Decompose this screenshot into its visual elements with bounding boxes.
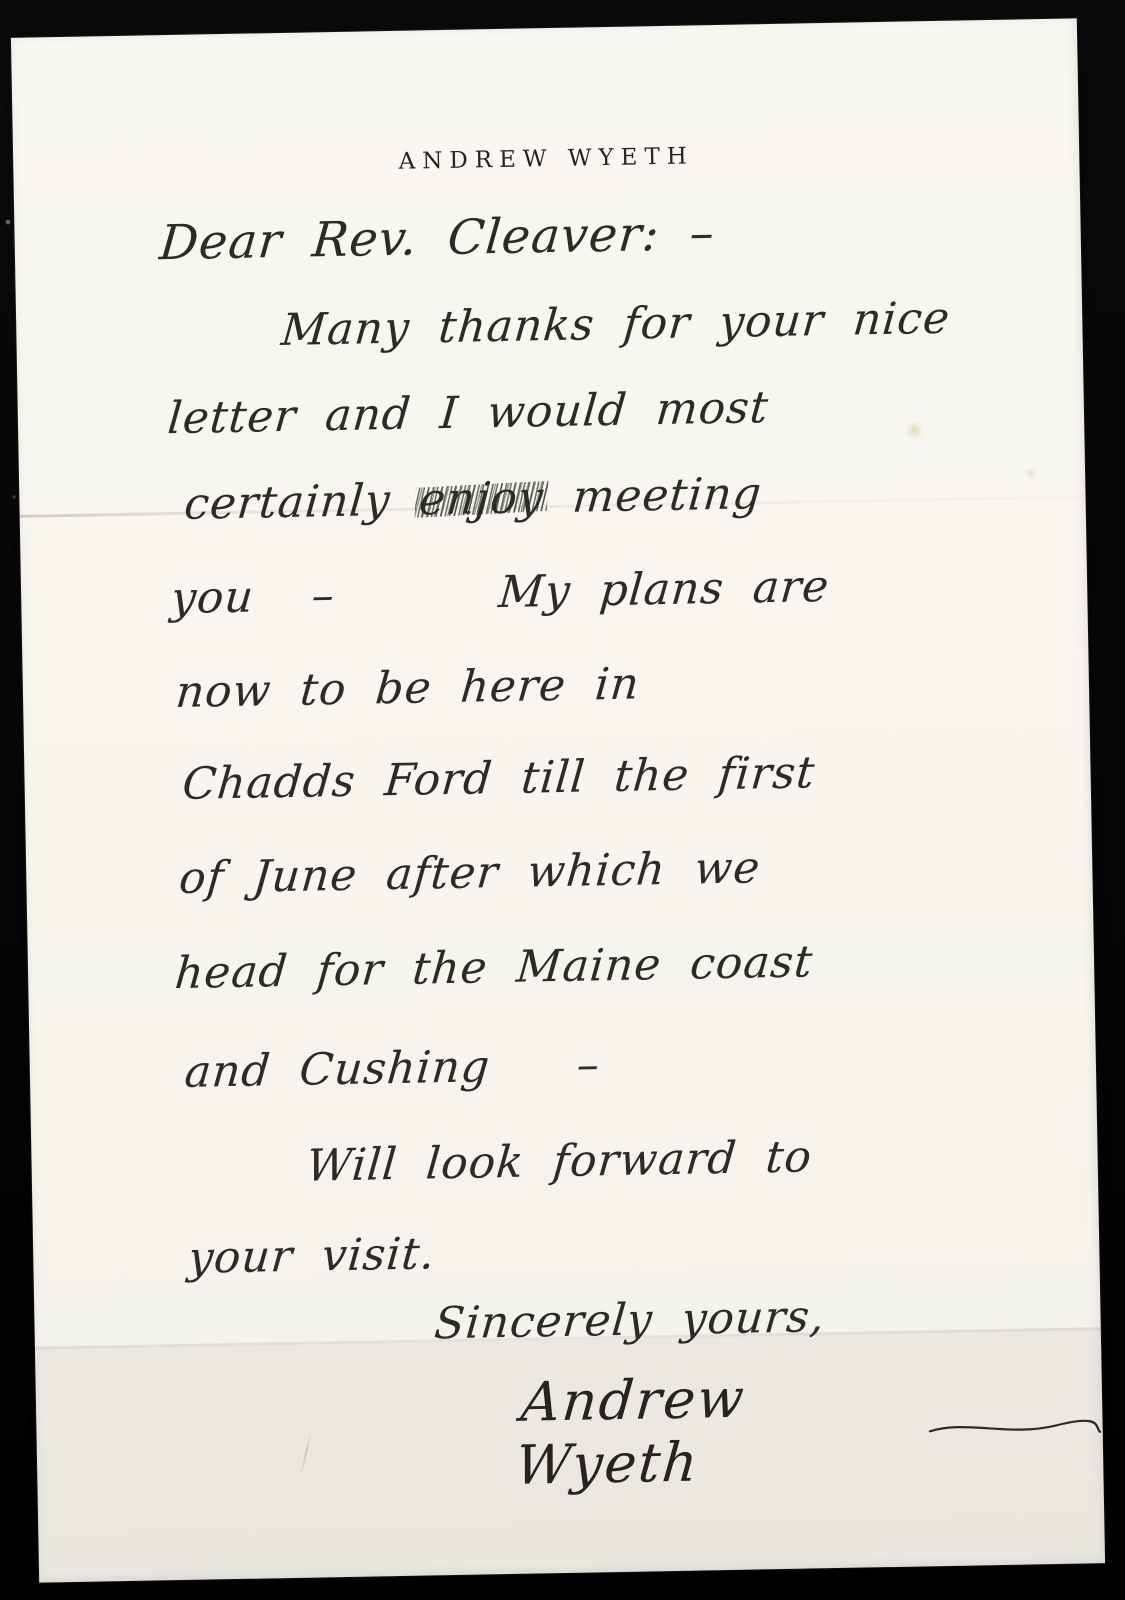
letterhead-text: ANDREW WYETH bbox=[13, 136, 1079, 182]
handwritten-line: of June after which we bbox=[177, 842, 762, 904]
line-segment: certainly bbox=[182, 474, 421, 529]
handwritten-line: and Cushing – bbox=[183, 1039, 603, 1098]
handwritten-line: your visit. bbox=[186, 1228, 437, 1284]
signature-text: Andrew Wyeth bbox=[513, 1363, 928, 1497]
handwritten-line: certainly enjoy meeting bbox=[182, 468, 764, 530]
paper-stain bbox=[906, 419, 922, 441]
handwritten-line: Will look forward to bbox=[304, 1131, 814, 1191]
handwritten-line: Chadds Ford till the first bbox=[180, 747, 817, 810]
letter-paper: ANDREW WYETH Dear Rev. Cleaver: – Many t… bbox=[11, 18, 1105, 1582]
struck-word: enjoy bbox=[417, 472, 546, 525]
line-closing: Sincerely yours, bbox=[432, 1291, 827, 1349]
handwritten-line: letter and I would most bbox=[166, 382, 771, 444]
paper-scratch bbox=[300, 1431, 312, 1476]
handwritten-line: now to be here in bbox=[174, 658, 642, 718]
handwritten-line: head for the Maine coast bbox=[173, 936, 815, 999]
signature: Andrew Wyeth bbox=[513, 1360, 1108, 1497]
handwritten-line: you – My plans are bbox=[169, 561, 832, 624]
signature-flourish bbox=[927, 1414, 1104, 1445]
line-segment: meeting bbox=[542, 468, 764, 523]
handwritten-line: Many thanks for your nice bbox=[279, 293, 952, 356]
line-salutation: Dear Rev. Cleaver: – bbox=[157, 205, 717, 271]
paper-stain bbox=[1025, 467, 1037, 479]
